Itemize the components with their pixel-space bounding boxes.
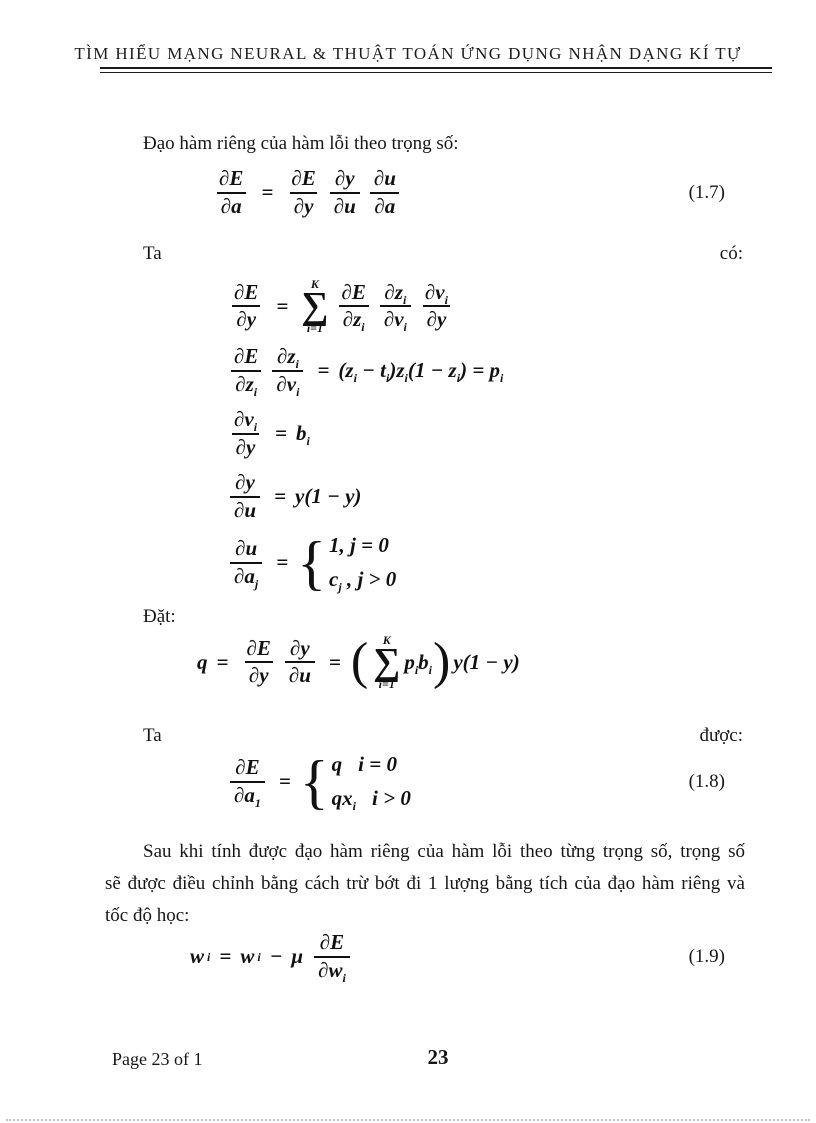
word-duoc: được: [699, 723, 743, 749]
fraction: ∂E∂y [230, 280, 262, 333]
equals-sign: = [274, 484, 286, 509]
minus-sign: − [270, 944, 283, 969]
word-ta: Ta [105, 241, 162, 267]
equals-sign: = [279, 769, 291, 794]
equals-sign: = [276, 550, 288, 575]
word-ta: Ta [105, 723, 162, 749]
fraction: ∂E∂y [287, 166, 319, 219]
equation-1-9-row: wi = wi − μ ∂E∂wi (1.9) [105, 930, 743, 983]
derivation-block: ∂E∂y = K ∑ i=1 ∂E∂zi ∂zi∂vi ∂vi∂y ∂E∂zi … [225, 278, 503, 592]
equation-number: (1.8) [689, 771, 743, 793]
fraction: ∂E∂zi [230, 344, 262, 397]
equals-sign: = [275, 421, 287, 446]
equals-sign: = [219, 944, 231, 969]
variable-w: w [190, 944, 204, 969]
fraction: ∂E∂a [215, 166, 247, 219]
equation-1-8-row: ∂E∂a1 = { qi = 0 qxii > 0 (1.8) [105, 752, 743, 811]
mu-symbol: μ [291, 944, 303, 969]
equals-sign: = [261, 180, 273, 205]
case-row: 1, j = 0 [329, 533, 396, 558]
equation-1-9: wi = wi − μ ∂E∂wi [190, 930, 355, 983]
footer-page-number: 23 [60, 1045, 816, 1070]
fraction: ∂zi∂vi [272, 344, 303, 397]
left-brace: { [297, 536, 326, 590]
equals-sign: = [317, 358, 329, 383]
fraction: ∂vi∂y [230, 407, 261, 460]
paragraph-line: Sau khi tính được đạo hàm riêng của hàm … [105, 836, 745, 868]
justified-line-ta-duoc: Ta được: [105, 723, 743, 749]
expression: pibi [404, 650, 432, 675]
equals-sign: = [276, 294, 288, 319]
fraction: ∂u∂aj [230, 536, 262, 589]
word-co: có: [720, 241, 743, 267]
paragraph-line: sẽ được điều chỉnh bằng cách trừ bớt đi … [105, 868, 745, 900]
equals-sign: = [329, 650, 341, 675]
equation-1-8: ∂E∂a1 = { qi = 0 qxii > 0 [225, 752, 411, 811]
variable-w: w [240, 944, 254, 969]
justified-line-ta-co: Ta có: [105, 241, 743, 267]
expression: bi [296, 421, 310, 446]
equals-sign: = [217, 650, 229, 675]
fraction: ∂E∂a1 [230, 755, 265, 808]
derivation-line-5: ∂u∂aj = { 1, j = 0 cj , j > 0 [225, 533, 503, 592]
expression: (zi − ti)zi(1 − zi) = pi [338, 358, 503, 383]
header-double-rule [100, 67, 772, 73]
equation-1-7-row: ∂E∂a = ∂E∂y ∂y∂u ∂u∂a (1.7) [105, 166, 743, 219]
page-bottom-dotted-line [6, 1119, 810, 1121]
derivation-line-3: ∂vi∂y = bi [225, 407, 503, 460]
variable-q: q [197, 650, 208, 675]
fraction: ∂zi∂vi [380, 280, 411, 333]
case-expression: { 1, j = 0 cj , j > 0 [297, 533, 396, 592]
page-header-title: TÌM HIỂU MẠNG NEURAL & THUẬT TOÁN ỨNG DỤ… [0, 44, 816, 64]
fraction: ∂E∂wi [314, 930, 350, 983]
fraction: ∂u∂a [370, 166, 400, 219]
expression: y(1 − y) [295, 484, 361, 509]
left-brace: { [300, 755, 329, 809]
fraction: ∂y∂u [330, 166, 360, 219]
equation-q: q = ∂E∂y ∂y∂u = ( K ∑ i=1 pibi ) y(1 − y… [197, 634, 520, 690]
equation-1-7: ∂E∂a = ∂E∂y ∂y∂u ∂u∂a [210, 166, 405, 219]
expression: y(1 − y) [453, 650, 519, 675]
equation-number: (1.9) [689, 946, 743, 968]
case-row: qi = 0 [332, 752, 411, 777]
fraction: ∂E∂zi [337, 280, 369, 333]
summation-symbol: K ∑ i=1 [373, 634, 400, 690]
fraction: ∂E∂y [242, 636, 274, 689]
derivation-line-2: ∂E∂zi ∂zi∂vi = (zi − ti)zi(1 − zi) = pi [225, 344, 503, 397]
document-page: TÌM HIỂU MẠNG NEURAL & THUẬT TOÁN ỨNG DỤ… [0, 0, 816, 1123]
intro-paragraph: Đạo hàm riêng của hàm lỗi theo trọng số: [143, 131, 459, 157]
paragraph-line: tốc độ học: [105, 900, 745, 932]
case-row: cj , j > 0 [329, 567, 396, 592]
right-parenthesis: ) [433, 639, 450, 686]
fraction: ∂y∂u [285, 636, 315, 689]
derivation-line-1: ∂E∂y = K ∑ i=1 ∂E∂zi ∂zi∂vi ∂vi∂y [225, 278, 503, 334]
case-row: qxii > 0 [332, 786, 411, 811]
fraction: ∂y∂u [230, 470, 260, 523]
case-expression: { qi = 0 qxii > 0 [300, 752, 411, 811]
derivation-line-4: ∂y∂u = y(1 − y) [225, 470, 503, 523]
word-dat: Đặt: [143, 604, 176, 630]
fraction: ∂vi∂y [421, 280, 452, 333]
closing-paragraph: Sau khi tính được đạo hàm riêng của hàm … [105, 836, 745, 932]
equation-number: (1.7) [689, 182, 743, 204]
left-parenthesis: ( [351, 639, 368, 686]
summation-symbol: K ∑ i=1 [301, 278, 328, 334]
